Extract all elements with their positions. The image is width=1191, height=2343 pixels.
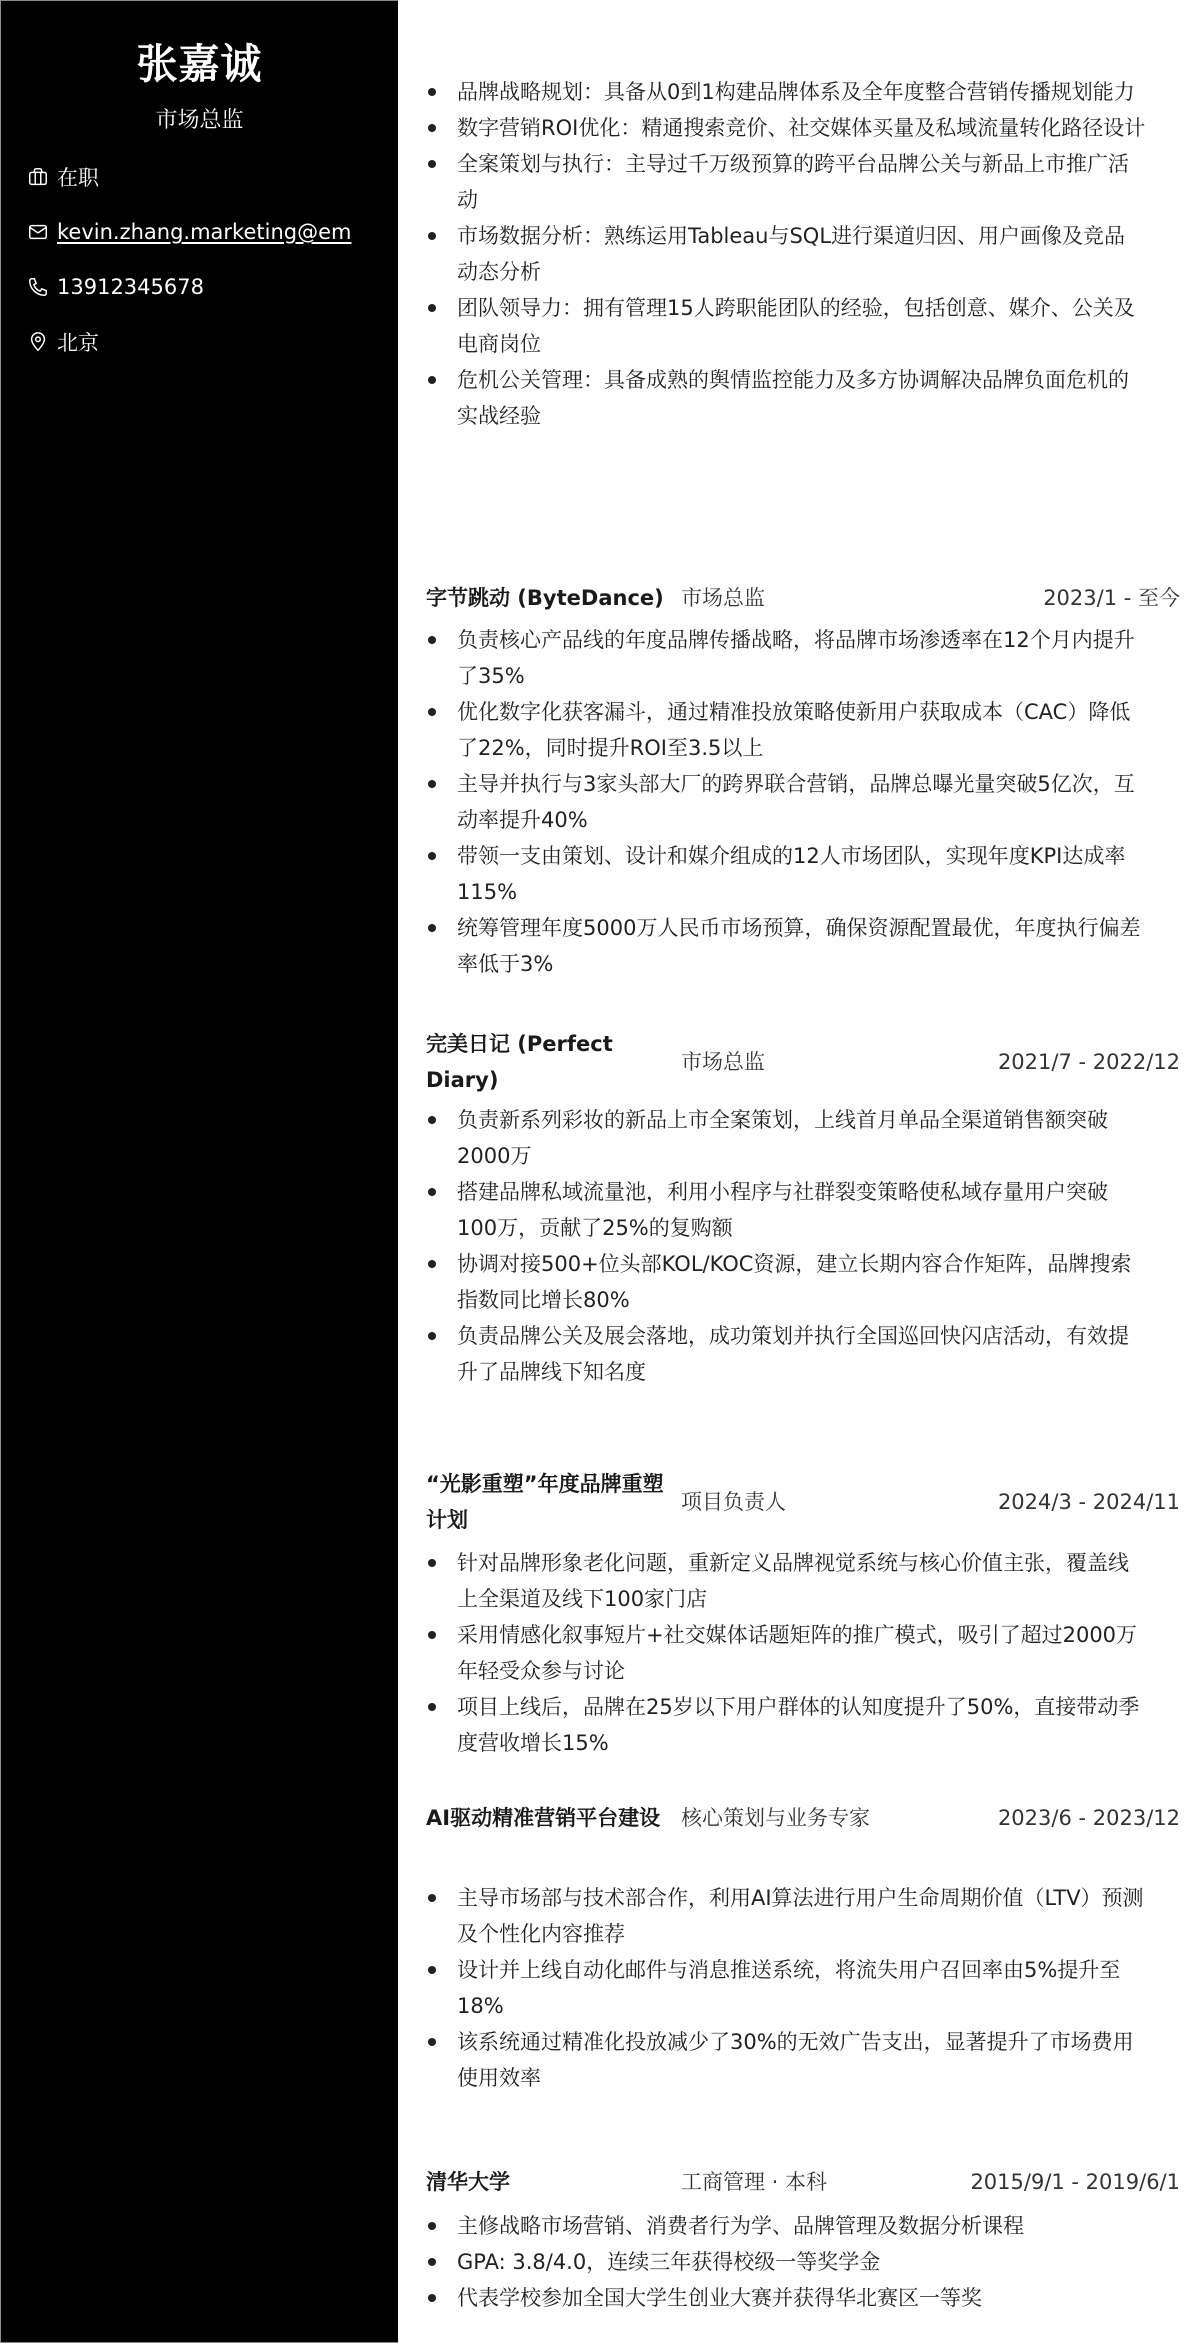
work-bullet: 负责品牌公关及展会落地，成功策划并执行全国巡回快闪店活动，有效提升了品牌线下知名…: [426, 1318, 1146, 1390]
project-bullet: 设计并上线自动化邮件与消息推送系统，将流失用户召回率由5%提升至18%: [426, 1952, 1146, 2024]
project-entry-header: AI驱动精准营销平台建设 核心策划与业务专家 2023/6 - 2023/12: [426, 1800, 1180, 1836]
company-name: 字节跳动 (ByteDance): [426, 580, 681, 616]
education-bullets: 主修战略市场营销、消费者行为学、品牌管理及数据分析课程 GPA: 3.8/4.0…: [426, 2208, 1146, 2316]
job-date: 2023/1 - 至今: [941, 580, 1180, 616]
work-bullet: 搭建品牌私域流量池，利用小程序与社群裂变策略使私域存量用户突破100万，贡献了2…: [426, 1174, 1146, 1246]
contact-phone: 13912345678: [27, 270, 392, 304]
skill-item: 全案策划与执行：主导过千万级预算的跨平台品牌公关与新品上市推广活动: [426, 146, 1146, 218]
project-date: 2024/3 - 2024/11: [941, 1484, 1180, 1520]
project-role: 核心策划与业务专家: [681, 1800, 941, 1836]
project-date: 2023/6 - 2023/12: [941, 1800, 1180, 1836]
contact-location: 北京: [27, 325, 392, 359]
project-bullets: 针对品牌形象老化问题，重新定义品牌视觉系统与核心价值主张，覆盖线上全渠道及线下1…: [426, 1545, 1146, 1761]
profile-name: 张嘉诚: [1, 37, 398, 91]
education-bullet: GPA: 3.8/4.0，连续三年获得校级一等奖学金: [426, 2244, 1146, 2280]
email-link[interactable]: kevin.zhang.marketing@em: [57, 220, 351, 244]
skill-item: 团队领导力：拥有管理15人跨职能团队的经验，包括创意、媒介、公关及电商岗位: [426, 290, 1146, 362]
project-bullet: 采用情感化叙事短片+社交媒体话题矩阵的推广模式，吸引了超过2000万年轻受众参与…: [426, 1617, 1146, 1689]
work-bullets: 负责核心产品线的年度品牌传播战略，将品牌市场渗透率在12个月内提升了35% 优化…: [426, 622, 1146, 982]
work-bullet: 负责新系列彩妆的新品上市全案策划，上线首月单品全渠道销售额突破2000万: [426, 1102, 1146, 1174]
location-text: 北京: [57, 327, 99, 357]
project-role: 项目负责人: [681, 1484, 941, 1520]
phone-icon: [27, 276, 49, 298]
education-bullet: 主修战略市场营销、消费者行为学、品牌管理及数据分析课程: [426, 2208, 1146, 2244]
job-role: 市场总监: [681, 580, 941, 616]
skill-item: 数字营销ROI优化：精通搜索竞价、社交媒体买量及私域流量转化路径设计: [426, 110, 1146, 146]
project-entry-header: “光影重塑”年度品牌重塑计划 项目负责人 2024/3 - 2024/11: [426, 1466, 1180, 1538]
briefcase-icon: [27, 166, 49, 188]
school-name: 清华大学: [426, 2164, 681, 2200]
project-bullet: 主导市场部与技术部合作，利用AI算法进行用户生命周期价值（LTV）预测及个性化内…: [426, 1880, 1146, 1952]
work-bullet: 协调对接500+位头部KOL/KOC资源，建立长期内容合作矩阵，品牌搜索指数同比…: [426, 1246, 1146, 1318]
work-bullet: 统筹管理年度5000万人民币市场预算，确保资源配置最优，年度执行偏差率低于3%: [426, 910, 1146, 982]
education-bullet: 代表学校参加全国大学生创业大赛并获得华北赛区一等奖: [426, 2280, 1146, 2316]
project-name: “光影重塑”年度品牌重塑计划: [426, 1466, 681, 1538]
project-bullet: 该系统通过精准化投放减少了30%的无效广告支出，显著提升了市场费用使用效率: [426, 2024, 1146, 2096]
work-bullets: 负责新系列彩妆的新品上市全案策划，上线首月单品全渠道销售额突破2000万 搭建品…: [426, 1102, 1146, 1390]
work-bullet: 负责核心产品线的年度品牌传播战略，将品牌市场渗透率在12个月内提升了35%: [426, 622, 1146, 694]
mail-icon: [27, 221, 49, 243]
job-date: 2021/7 - 2022/12: [941, 1044, 1180, 1080]
profile-title: 市场总监: [1, 105, 398, 137]
contact-email: kevin.zhang.marketing@em: [27, 215, 392, 249]
company-name: 完美日记 (Perfect Diary): [426, 1026, 681, 1098]
location-pin-icon: [27, 331, 49, 353]
project-bullet: 项目上线后，品牌在25岁以下用户群体的认知度提升了50%，直接带动季度营收增长1…: [426, 1689, 1146, 1761]
skill-item: 品牌战略规划：具备从0到1构建品牌体系及全年度整合营销传播规划能力: [426, 74, 1146, 110]
work-entry-header: 完美日记 (Perfect Diary) 市场总监 2021/7 - 2022/…: [426, 1026, 1180, 1098]
job-role: 市场总监: [681, 1044, 941, 1080]
contact-status-text: 在职: [57, 162, 99, 192]
phone-text: 13912345678: [57, 275, 204, 299]
profile-sidebar: 张嘉诚 市场总监 在职 kevin.zhang.marketing@em 139…: [0, 0, 398, 2343]
work-entry-header: 字节跳动 (ByteDance) 市场总监 2023/1 - 至今: [426, 580, 1180, 616]
education-entry-header: 清华大学 工商管理 · 本科 2015/9/1 - 2019/6/1: [426, 2164, 1180, 2200]
degree: 工商管理 · 本科: [681, 2164, 941, 2200]
education-date: 2015/9/1 - 2019/6/1: [941, 2164, 1180, 2200]
contact-status: 在职: [27, 160, 392, 194]
skill-item: 危机公关管理：具备成熟的舆情监控能力及多方协调解决品牌负面危机的实战经验: [426, 362, 1146, 434]
work-bullet: 主导并执行与3家头部大厂的跨界联合营销，品牌总曝光量突破5亿次，互动率提升40%: [426, 766, 1146, 838]
work-bullet: 带领一支由策划、设计和媒介组成的12人市场团队，实现年度KPI达成率115%: [426, 838, 1146, 910]
project-bullet: 针对品牌形象老化问题，重新定义品牌视觉系统与核心价值主张，覆盖线上全渠道及线下1…: [426, 1545, 1146, 1617]
skills-list: 品牌战略规划：具备从0到1构建品牌体系及全年度整合营销传播规划能力 数字营销RO…: [426, 74, 1146, 434]
skill-item: 市场数据分析：熟练运用Tableau与SQL进行渠道归因、用户画像及竞品动态分析: [426, 218, 1146, 290]
project-bullets: 主导市场部与技术部合作，利用AI算法进行用户生命周期价值（LTV）预测及个性化内…: [426, 1880, 1146, 2096]
project-name: AI驱动精准营销平台建设: [426, 1800, 681, 1836]
work-bullet: 优化数字化获客漏斗，通过精准投放策略使新用户获取成本（CAC）降低了22%，同时…: [426, 694, 1146, 766]
